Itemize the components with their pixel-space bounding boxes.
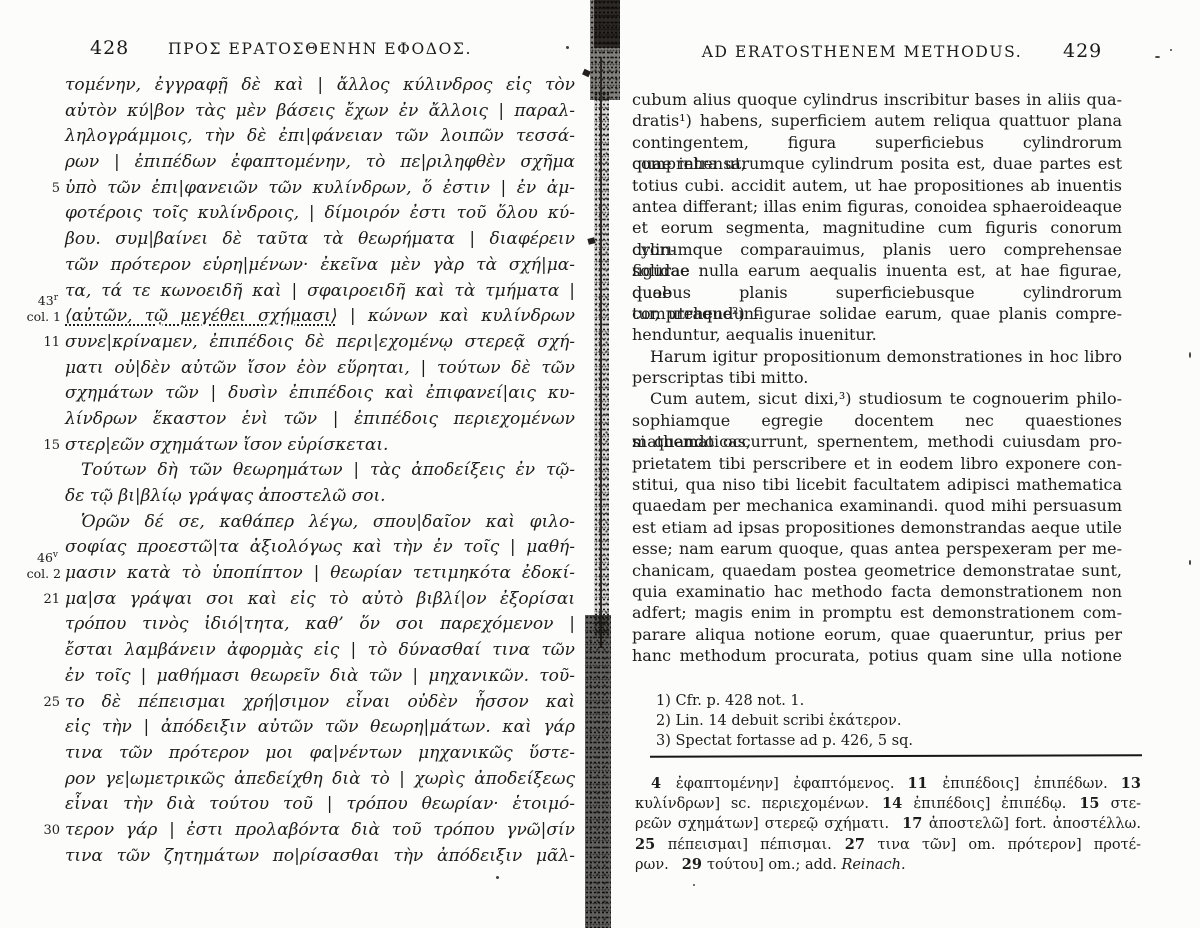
margin-cell: 25 — [30, 690, 65, 716]
margin-cell: 5 — [30, 176, 65, 202]
latin-line: henduntur, aequalis inuenitur. — [632, 324, 1122, 345]
running-title-left: ΠΡΟΣ ΕΡΑΤΟΣΘΕΝΗΝ ΕΦΟΔΟΣ. — [65, 40, 575, 58]
folio-marker: 43r — [38, 292, 58, 307]
latin-line: esse; nam earum quoque, quas antea persp… — [632, 538, 1122, 559]
greek-line: 30τερον γάρ | ἐστι προλαβόντα διὰ τοῦ τρ… — [30, 818, 575, 844]
latin-line: Harum igitur propositionum demonstration… — [632, 346, 1122, 367]
greek-line: τομένην, ἐγγραφῇ δὲ καὶ | ἄλλος κύλινδρο… — [30, 73, 575, 99]
greek-line-text: τα, τά τε κωνοειδῆ καὶ | σφαιροειδῆ καὶ … — [65, 279, 575, 305]
line-number: 15 — [43, 433, 60, 459]
greek-line-text: εἰς τὴν | ἀπόδειξιν αὐτῶν τῶν θεωρη|μάτω… — [65, 715, 575, 741]
text-segment: ρων. — [635, 857, 669, 873]
latin-line: prietatem tibi perscribere et in eodem l… — [632, 453, 1122, 474]
greek-line: φοτέροις τοῖς κυλίνδροις, | δίμοιρόν ἐστ… — [30, 201, 575, 227]
greek-line: τινα τῶν πρότερον μοι φα|νέντων μηχανικῶ… — [30, 741, 575, 767]
running-title-right: AD ERATOSTHENEM METHODUS. — [642, 43, 1082, 61]
margin-cell — [30, 227, 65, 253]
latin-line: totius cubi. accidit autem, ut hae propo… — [632, 175, 1122, 196]
text-segment: πρότερον] προτέ- — [1008, 837, 1141, 853]
line-number: 25 — [43, 690, 60, 716]
margin-cell — [30, 407, 65, 433]
footnote-line: 2) Lin. 14 debuit scribi ἑκάτερον. — [656, 711, 1126, 731]
greek-line-text: τινα τῶν ζητημάτων πο|ρίσασθαι τὴν ἀπόδε… — [65, 844, 575, 870]
margin-cell: 43rcol. 1 — [30, 304, 65, 330]
greek-line-text: φοτέροις τοῖς κυλίνδροις, | δίμοιρόν ἐστ… — [65, 201, 575, 227]
text-segment: ἀποστέλλω. — [1053, 816, 1141, 832]
latin-line: hanc methodum procurata, potius quam sin… — [632, 645, 1122, 666]
scan-speck — [1170, 49, 1172, 51]
greek-line-text: το δὲ πέπεισμαι χρή|σιμον εἶναι οὐδὲν ἧσ… — [65, 690, 575, 716]
apparatus-line-number: 25 — [635, 836, 668, 853]
page-number-right: 429 — [1063, 40, 1102, 62]
latin-text-block: cubum alius quoque cylindrus inscribitur… — [632, 89, 1122, 667]
greek-line-text: αὐτὸν κύ|βον τὰς μὲν βάσεις ἔχων ἐν ἄλλο… — [65, 99, 575, 125]
margin-cell — [30, 381, 65, 407]
apparatus-line-number: 29 — [682, 856, 707, 873]
text-segment: 2) Lin. 14 debuit scribi — [656, 713, 829, 729]
apparatus-separator-rule — [650, 754, 1142, 758]
greek-line: ρων | ἐπιπέδων ἐφαπτομένην, τὸ πε|ριληφθ… — [30, 150, 575, 176]
margin-cell — [30, 73, 65, 99]
greek-line: 11συνε|κρίναμεν, ἐπιπέδοις δὲ περι|εχομέ… — [30, 330, 575, 356]
latin-line: contingentem, figura superficiebus cylin… — [632, 132, 1122, 153]
footnote-line: 1) Cfr. p. 428 not. 1. — [656, 691, 1126, 711]
scan-speck — [693, 884, 695, 886]
greek-line-text: τινα τῶν πρότερον μοι φα|νέντων μηχανικῶ… — [65, 741, 575, 767]
folio-superscript: r — [54, 293, 58, 303]
line-number: 21 — [43, 587, 60, 613]
margin-cell — [30, 844, 65, 870]
folio-marker: 46v — [37, 549, 58, 564]
latin-line: duobus planis superficiebusque cylindror… — [632, 282, 1122, 303]
greek-text-block: τομένην, ἐγγραφῇ δὲ καὶ | ἄλλος κύλινδρο… — [30, 73, 575, 869]
apparatus-line: κυλίνδρων] sc. περιεχομένων.14 ἐπιπέδοις… — [635, 794, 1141, 814]
greek-line: σοφίας προεστῶ|τα ἀξιολόγως καὶ τὴν ἐν τ… — [30, 535, 575, 561]
margin-cell: 21 — [30, 587, 65, 613]
margin-cell — [30, 253, 65, 279]
margin-cell — [30, 741, 65, 767]
greek-line-text: λίνδρων ἕκαστον ἑνὶ τῶν | ἐπιπέδοις περι… — [65, 407, 575, 433]
margin-cell — [30, 458, 65, 484]
greek-line: ρον γε|ωμετρικῶς ἀπεδείχθη διὰ τὸ | χωρὶ… — [30, 767, 575, 793]
apparatus-line: ρων.29 τούτου] om.; add. Reinach. — [635, 855, 1141, 875]
greek-line-text: ὑπὸ τῶν ἐπι|φανειῶν τῶν κυλίνδρων, ὅ ἐστ… — [65, 176, 575, 202]
latin-line: parare aliqua notione eorum, quae quaeru… — [632, 624, 1122, 645]
latin-line: si quando occurrunt, spernentem, methodi… — [632, 431, 1122, 452]
greek-line-text: βου. συμ|βαίνει δὲ ταῦτα τὰ θεωρήματα | … — [65, 227, 575, 253]
latin-line: tur, utraque²) figurae solidae earum, qu… — [632, 303, 1122, 324]
latin-line: perscriptas tibi mitto. — [632, 367, 1122, 388]
greek-line: δε τῷ βι|βλίῳ γράψας ἀποστελῶ σοι. — [30, 484, 575, 510]
margin-cell — [30, 767, 65, 793]
greek-line: ληλογράμμοις, τὴν δὲ ἐπι|φάνειαν τῶν λοι… — [30, 124, 575, 150]
greek-line-text: ρον γε|ωμετρικῶς ἀπεδείχθη διὰ τὸ | χωρὶ… — [65, 767, 575, 793]
text-segment: | κώνων καὶ κυλίνδρων — [338, 306, 575, 326]
text-segment: ἑκάτερον. — [829, 713, 902, 729]
margin-cell — [30, 612, 65, 638]
footnotes-block: 1) Cfr. p. 428 not. 1.2) Lin. 14 debuit … — [656, 691, 1126, 751]
greek-line: Τούτων δὴ τῶν θεωρημάτων | τὰς ἀποδείξει… — [30, 458, 575, 484]
greek-line-text: μασιν κατὰ τὸ ὑποπίπτον | θεωρίαν τετιμη… — [65, 561, 575, 587]
scan-speck — [1189, 352, 1191, 358]
text-segment: ἐπιπέδοις] ἐπιπέδων. — [942, 776, 1107, 792]
greek-line: βου. συμ|βαίνει δὲ ταῦτα τὰ θεωρήματα | … — [30, 227, 575, 253]
latin-line: antea differant; illas enim figuras, con… — [632, 196, 1122, 217]
margin-cell — [30, 484, 65, 510]
text-segment: ἐπιπέδοις] ἐπιπέδῳ. — [913, 796, 1066, 812]
greek-line: ἐν τοῖς | μαθήμασι θεωρεῖν διὰ τῶν | μηχ… — [30, 664, 575, 690]
greek-line: λίνδρων ἕκαστον ἑνὶ τῶν | ἐπιπέδοις περι… — [30, 407, 575, 433]
text-segment: ἐφαπτομένην] ἐφαπτόμενος. — [676, 776, 895, 792]
greek-line: 21μα|σα γράψαι σοι καὶ εἰς τὸ αὐτὸ βιβλί… — [30, 587, 575, 613]
text-segment: τούτου] — [707, 857, 768, 873]
text-segment: κυλίνδρων] — [635, 796, 731, 812]
latin-line: drorumque comparauimus, planis uero comp… — [632, 239, 1122, 260]
latin-line: quae intra utrumque cylindrum posita est… — [632, 153, 1122, 174]
folio-superscript: v — [53, 550, 58, 560]
column-marker: col. 1 — [27, 307, 61, 327]
greek-line: 15στερ|εῶν σχημάτων ἴσον εὑρίσκεται. — [30, 433, 575, 459]
greek-line: 5ὑπὸ τῶν ἐπι|φανειῶν τῶν κυλίνδρων, ὅ ἐσ… — [30, 176, 575, 202]
greek-line-text: Τούτων δὴ τῶν θεωρημάτων | τὰς ἀποδείξει… — [65, 458, 575, 484]
latin-line: quia examinatio hac methodo facta demons… — [632, 581, 1122, 602]
text-segment: om.; add. — [768, 857, 841, 873]
greek-line-text: στερ|εῶν σχημάτων ἴσον εὑρίσκεται. — [65, 433, 575, 459]
text-segment: περιεχομένων. — [762, 796, 869, 812]
margin-cell — [30, 150, 65, 176]
greek-line: αὐτὸν κύ|βον τὰς μὲν βάσεις ἔχων ἐν ἄλλο… — [30, 99, 575, 125]
greek-line-text: ρων | ἐπιπέδων ἐφαπτομένην, τὸ πε|ριληφθ… — [65, 150, 575, 176]
latin-line: dratis¹) habens, superficiem autem reliq… — [632, 110, 1122, 131]
greek-line-text: ἔσται λαμβάνειν ἀφορμὰς εἰς | τὸ δύνασθα… — [65, 638, 575, 664]
margin-cell — [30, 356, 65, 382]
latin-line: sophiamque egregie docentem nec quaestio… — [632, 410, 1122, 431]
greek-line-text: δε τῷ βι|βλίῳ γράψας ἀποστελῶ σοι. — [65, 484, 575, 510]
greek-line: 43rcol. 1⟨αὐτῶν, τῷ μεγέθει σχήμασι⟩ | κ… — [30, 304, 575, 330]
greek-line-text: τομένην, ἐγγραφῇ δὲ καὶ | ἄλλος κύλινδρο… — [65, 73, 575, 99]
greek-line: εἰς τὴν | ἀπόδειξιν αὐτῶν τῶν θεωρη|μάτω… — [30, 715, 575, 741]
greek-line: τρόπου τινὸς ἰδιό|τητα, καθ’ ὅν σοι παρε… — [30, 612, 575, 638]
greek-line: τα, τά τε κωνοειδῆ καὶ | σφαιροειδῆ καὶ … — [30, 279, 575, 305]
greek-line-text: ληλογράμμοις, τὴν δὲ ἐπι|φάνειαν τῶν λοι… — [65, 124, 575, 150]
greek-line-text: εἶναι τὴν διὰ τούτου τοῦ | τρόπου θεωρία… — [65, 792, 575, 818]
scan-speck — [1189, 560, 1191, 565]
greek-line-text: τερον γάρ | ἐστι προλαβόντα διὰ τοῦ τρόπ… — [65, 818, 575, 844]
latin-line: cubum alius quoque cylindrus inscribitur… — [632, 89, 1122, 110]
text-segment: ⟨αὐτῶν, τῷ μεγέθει σχήμασι⟩ — [65, 306, 338, 326]
scan-speck — [496, 876, 499, 879]
latin-line: adfert; magis enim in promptu est demons… — [632, 602, 1122, 623]
gutter-fold-line — [600, 58, 602, 648]
text-segment: 1) Cfr. p. 428 not. 1. — [656, 693, 804, 709]
margin-cell: 15 — [30, 433, 65, 459]
greek-line-text: τρόπου τινὸς ἰδιό|τητα, καθ’ ὅν σοι παρε… — [65, 612, 575, 638]
margin-cell: 46vcol. 2 — [30, 561, 65, 587]
scan-speck — [1155, 56, 1160, 58]
text-segment: στε- — [1111, 796, 1141, 812]
margin-cell: 30 — [30, 818, 65, 844]
apparatus-line-number: 13 — [1121, 775, 1141, 792]
apparatus-line-number: 17 — [902, 815, 929, 832]
greek-line: ματι οὐ|δὲν αὐτῶν ἴσον ἐὸν εὕρηται, | το… — [30, 356, 575, 382]
greek-line-text: Ὁρῶν δέ σε, καθάπερ λέγω, σπου|δαῖον καὶ… — [65, 510, 575, 536]
greek-line-text: τῶν πρότερον εὑρη|μένων· ἐκεῖνα μὲν γὰρ … — [65, 253, 575, 279]
margin-cell — [30, 99, 65, 125]
line-number: 30 — [43, 818, 60, 844]
line-number: 5 — [52, 176, 60, 202]
margin-cell: 11 — [30, 330, 65, 356]
greek-line-text: μα|σα γράψαι σοι καὶ εἰς τὸ αὐτὸ βιβλί|ο… — [65, 587, 575, 613]
text-segment: 3) Spectat fortasse ad p. 426, 5 sq. — [656, 733, 913, 749]
latin-line: est etiam ad ipsas propositiones demonst… — [632, 517, 1122, 538]
margin-cell — [30, 510, 65, 536]
latin-line: Cum autem, sicut dixi,³) studiosum te co… — [632, 388, 1122, 409]
greek-line: ἔσται λαμβάνειν ἀφορμὰς εἰς | τὸ δύνασθα… — [30, 638, 575, 664]
greek-line-text: σχημάτων τῶν | δυσὶν ἐπιπέδοις καὶ ἐπιφα… — [65, 381, 575, 407]
margin-cell — [30, 124, 65, 150]
margin-cell — [30, 201, 65, 227]
text-segment: ἀποστελῶ] — [929, 816, 1015, 832]
apparatus-line-number: 15 — [1079, 795, 1110, 812]
greek-line-text: ⟨αὐτῶν, τῷ μεγέθει σχήμασι⟩ | κώνων καὶ … — [65, 304, 575, 330]
apparatus-line: ρεῶν σχημάτων] στερεῷ σχήματι.17 ἀποστελ… — [635, 814, 1141, 834]
greek-line: τῶν πρότερον εὑρη|μένων· ἐκεῖνα μὲν γὰρ … — [30, 253, 575, 279]
text-segment: ρεῶν σχημάτων] στερεῷ σχήματι. — [635, 816, 889, 832]
text-segment: τινα τῶν] — [878, 837, 969, 853]
column-marker: col. 2 — [27, 564, 61, 584]
greek-line: Ὁρῶν δέ σε, καθάπερ λέγω, σπου|δαῖον καὶ… — [30, 510, 575, 536]
apparatus-line-number: 4 — [651, 775, 676, 792]
greek-line-text: ματι οὐ|δὲν αὐτῶν ἴσον ἐὸν εὕρηται, | το… — [65, 356, 575, 382]
text-segment: sc. — [731, 796, 762, 812]
gutter-shadow-bottom — [585, 615, 611, 928]
apparatus-block: 4 ἐφαπτομένην] ἐφαπτόμενος.11 ἐπιπέδοις]… — [635, 774, 1141, 875]
greek-line: 25το δὲ πέπεισμαι χρή|σιμον εἶναι οὐδὲν … — [30, 690, 575, 716]
book-scan-spread: 428 ΠΡΟΣ ΕΡΑΤΟΣΘΕΝΗΝ ΕΦΟΔΟΣ. τομένην, ἐγ… — [0, 0, 1200, 928]
apparatus-line: 25 πέπεισμαι] πέπισμαι.27 τινα τῶν] om. … — [635, 835, 1141, 855]
text-segment: πέπεισμαι] πέπισμαι. — [668, 837, 832, 853]
latin-line: solidae nulla earum aequalis inuenta est… — [632, 260, 1122, 281]
text-segment: om. — [968, 837, 1007, 853]
margin-cell — [30, 664, 65, 690]
greek-line: 46vcol. 2μασιν κατὰ τὸ ὑποπίπτον | θεωρί… — [30, 561, 575, 587]
apparatus-line-number: 27 — [845, 836, 878, 853]
latin-line: chanicam, quaedam postea geometrice demo… — [632, 560, 1122, 581]
apparatus-line-number: 11 — [907, 775, 942, 792]
scan-speck — [566, 46, 569, 49]
latin-line: stitui, qua niso tibi licebit facultatem… — [632, 474, 1122, 495]
latin-line: quaedam per mechanica examinandi. quod m… — [632, 495, 1122, 516]
latin-line: et eorum segmenta, magnitudine cum figur… — [632, 217, 1122, 238]
greek-line: εἶναι τὴν διὰ τούτου τοῦ | τρόπου θεωρία… — [30, 792, 575, 818]
line-number: 11 — [43, 330, 60, 356]
greek-line: τινα τῶν ζητημάτων πο|ρίσασθαι τὴν ἀπόδε… — [30, 844, 575, 870]
greek-line: σχημάτων τῶν | δυσὶν ἐπιπέδοις καὶ ἐπιφα… — [30, 381, 575, 407]
apparatus-line: 4 ἐφαπτομένην] ἐφαπτόμενος.11 ἐπιπέδοις]… — [635, 774, 1141, 794]
gutter-shadow-top-blob — [594, 0, 620, 48]
margin-cell — [30, 638, 65, 664]
text-segment: fort. — [1015, 816, 1053, 832]
greek-line-text: συνε|κρίναμεν, ἐπιπέδοις δὲ περι|εχομένῳ… — [65, 330, 575, 356]
greek-line-text: σοφίας προεστῶ|τα ἀξιολόγως καὶ τὴν ἐν τ… — [65, 535, 575, 561]
text-segment: Reinach. — [841, 857, 905, 873]
footnote-line: 3) Spectat fortasse ad p. 426, 5 sq. — [656, 731, 1126, 751]
apparatus-line-number: 14 — [882, 795, 913, 812]
margin-cell — [30, 792, 65, 818]
margin-cell — [30, 715, 65, 741]
greek-line-text: ἐν τοῖς | μαθήμασι θεωρεῖν διὰ τῶν | μηχ… — [65, 664, 575, 690]
